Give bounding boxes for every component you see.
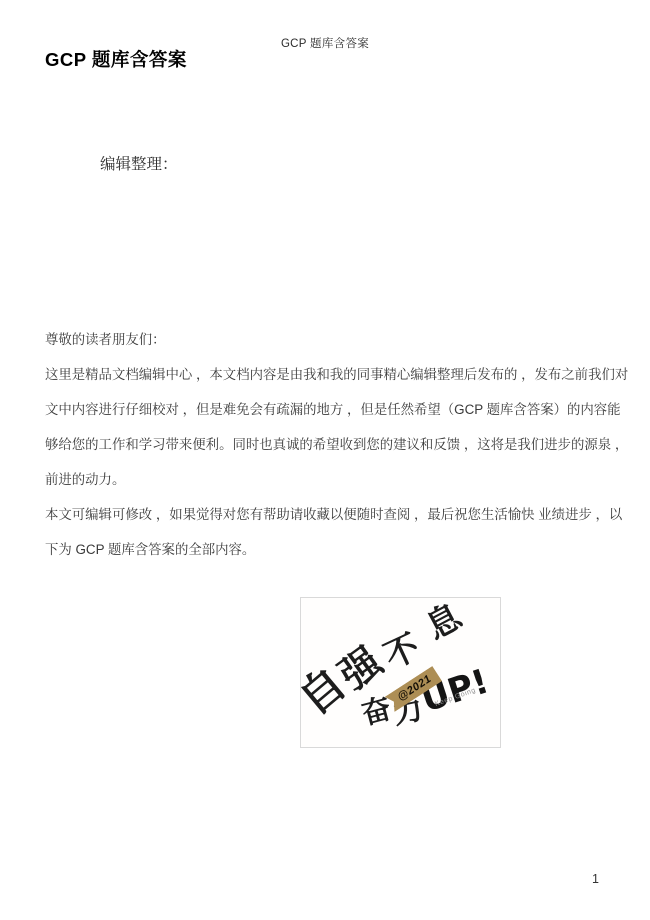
text-line: 前进的动力。 — [45, 462, 608, 497]
motivational-image: 自强不息奋力UP! @2021 Keep Going — [300, 597, 501, 748]
text-line: 尊敬的读者朋友们： — [45, 322, 608, 357]
text-line: 文中内容进行仔细校对 ，但是难免会有疏漏的地方 ，但是任然希望（GCP 题库含答… — [45, 392, 608, 427]
page-number: 1 — [592, 872, 599, 886]
text-line: 这里是精品文档编辑中心 ，本文档内容是由我和我的同事精心编辑整理后发布的 ，发布… — [45, 357, 608, 392]
body-text: 尊敬的读者朋友们：这里是精品文档编辑中心 ，本文档内容是由我和我的同事精心编辑整… — [45, 322, 608, 567]
document-title: GCP 题库含答案 — [45, 46, 187, 72]
document-page: GCP 题库含答案 GCP 题库含答案 编辑整理： 尊敬的读者朋友们：这里是精品… — [0, 0, 650, 920]
text-line: 本文可编辑可修改 ，如果觉得对您有帮助请收藏以便随时查阅 ，最后祝您生活愉快 业… — [45, 497, 608, 532]
calligraphy-char-xi: 息 — [421, 599, 467, 645]
text-line: 够给您的工作和学习带来便利。同时也真诚的希望收到您的建议和反馈 ，这将是我们进步… — [45, 427, 608, 462]
editor-label: 编辑整理： — [100, 152, 178, 174]
text-line: 下为 GCP 题库含答案的全部内容。 — [45, 532, 608, 567]
calligraphy-char-bu: 不 — [379, 629, 424, 674]
